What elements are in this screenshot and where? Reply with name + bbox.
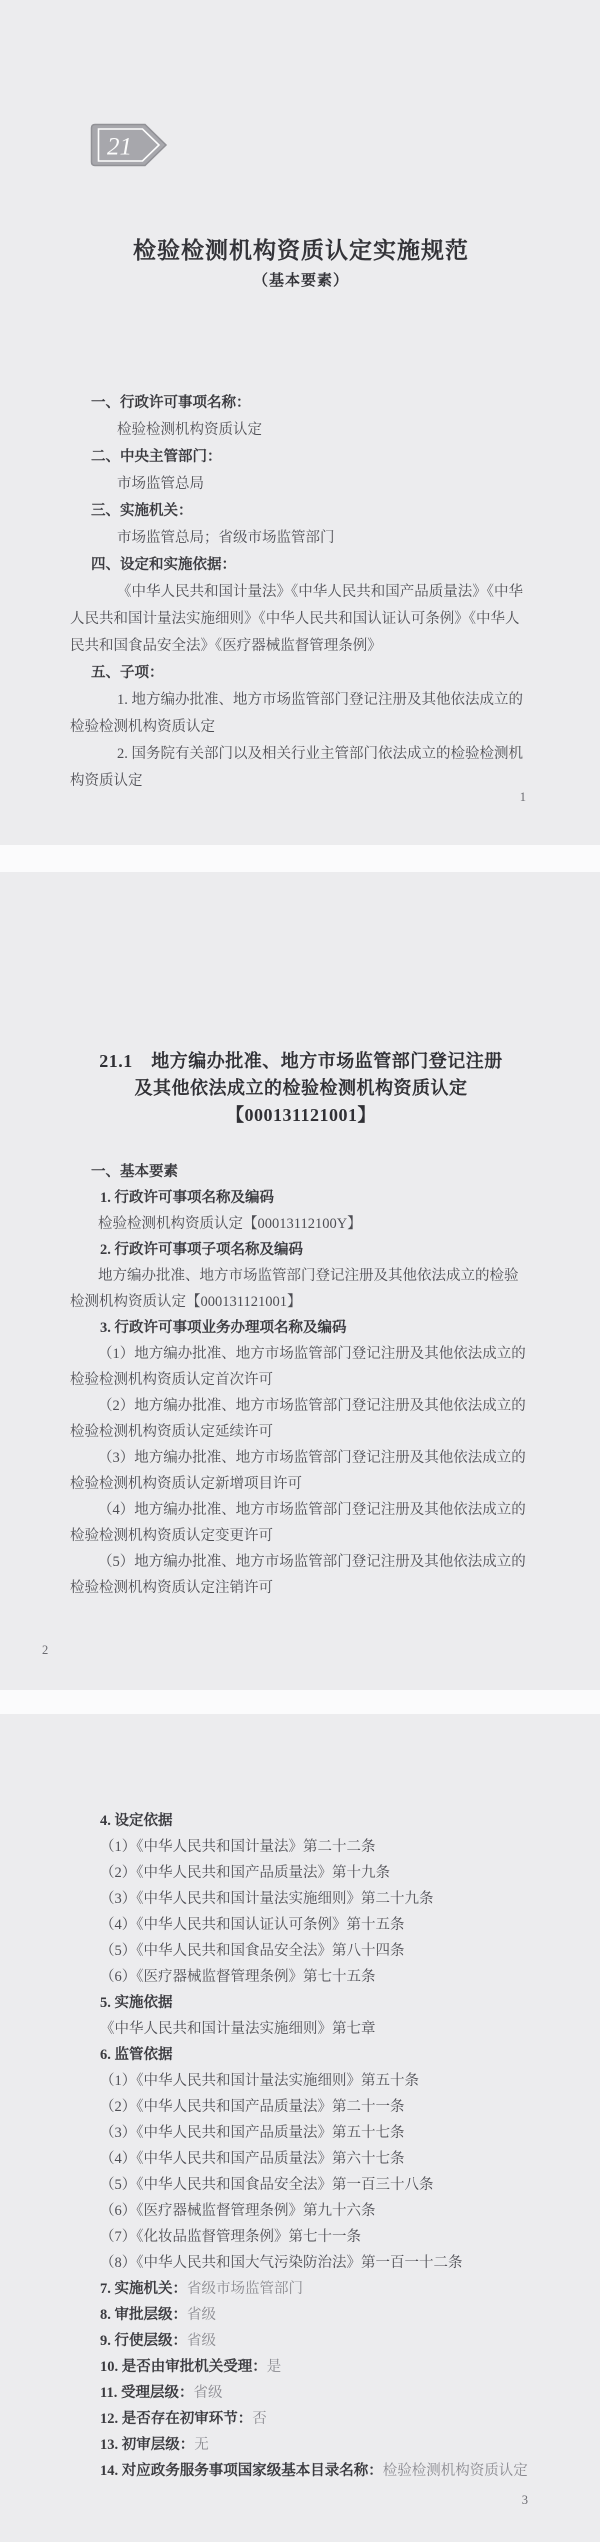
- list-item-label: 14. 对应政务服务事项国家级基本目录名称：: [100, 2463, 383, 2479]
- list-item-text: 《中华人民共和国计量法》《中华人民共和国产品质量法》《中华人民共和国计量法实施细…: [70, 584, 523, 654]
- list-item: （5）《中华人民共和国食品安全法》第八十四条: [100, 1938, 532, 1964]
- list-item-text: 2. 行政许可事项子项名称及编码: [100, 1242, 303, 1258]
- list-item-text: 《中华人民共和国计量法实施细则》第七章: [100, 2021, 376, 2037]
- list-item: 市场监管总局；省级市场监管部门: [70, 525, 532, 552]
- list-item-text: 1. 地方编办批准、地方市场监管部门登记注册及其他依法成立的检验检测机构资质认定: [70, 692, 523, 735]
- list-item-text: 3. 行政许可事项业务办理项名称及编码: [100, 1320, 347, 1336]
- list-item: 8. 审批层级：省级: [100, 2302, 532, 2328]
- list-item: （7）《化妆品监督管理条例》第七十一条: [100, 2224, 532, 2250]
- list-item: （3）《中华人民共和国产品质量法》第五十七条: [100, 2120, 532, 2146]
- list-item-text: 6. 监管依据: [100, 2047, 173, 2063]
- section-heading-text: 【000131121001】: [226, 1105, 376, 1125]
- list-item: （3）《中华人民共和国计量法实施细则》第二十九条: [100, 1886, 532, 1912]
- list-item: 地方编办批准、地方市场监管部门登记注册及其他依法成立的检验检测机构资质认定【00…: [70, 1263, 532, 1315]
- list-item-label: 12. 是否存在初审环节：: [100, 2411, 252, 2427]
- list-item-text: （4）《中华人民共和国认证认可条例》第十五条: [100, 1917, 405, 1933]
- list-item-text: 检验检测机构资质认定: [117, 422, 262, 438]
- list-item-label: 11. 受理层级：: [100, 2385, 193, 2401]
- section-heading-line: 【000131121001】: [70, 1102, 532, 1129]
- chapter-arrow-icon: 21: [90, 123, 168, 167]
- list-item-label: 8. 审批层级：: [100, 2307, 187, 2323]
- page2-item-list: 1. 行政许可事项名称及编码 检验检测机构资质认定【00013112100Y】 …: [70, 1185, 532, 1601]
- list-item: 9. 行使层级：省级: [100, 2328, 532, 2354]
- list-item-label: 7. 实施机关：: [100, 2281, 187, 2297]
- list-item: （1）《中华人民共和国计量法》第二十二条: [100, 1834, 532, 1860]
- page-1: 21 检验检测机构资质认定实施规范 （基本要素） 一、行政许可事项名称： 检验检…: [0, 0, 600, 845]
- list-item-text: 检验检测机构资质认定【00013112100Y】: [98, 1216, 362, 1232]
- list-item: 2. 国务院有关部门以及相关行业主管部门依法成立的检验检测机构资质认定: [70, 741, 532, 795]
- list-item-text: （5）《中华人民共和国食品安全法》第一百三十八条: [100, 2177, 434, 2193]
- list-item: 6. 监管依据: [100, 2042, 532, 2068]
- list-item-text: （5）《中华人民共和国食品安全法》第八十四条: [100, 1943, 405, 1959]
- chapter-number: 21: [107, 134, 132, 161]
- list-item-text: 地方编办批准、地方市场监管部门登记注册及其他依法成立的检验检测机构资质认定【00…: [70, 1268, 519, 1310]
- list-item-label: 9. 行使层级：: [100, 2333, 187, 2349]
- list-item: 4. 设定依据: [100, 1808, 532, 1834]
- section-heading-text: 及其他依法成立的检验检测机构资质认定: [135, 1078, 468, 1098]
- list-item-value: 省级: [193, 2385, 222, 2401]
- list-item: 11. 受理层级：省级: [100, 2380, 532, 2406]
- list-item: （5）《中华人民共和国食品安全法》第一百三十八条: [100, 2172, 532, 2198]
- list-item-text: （3）《中华人民共和国产品质量法》第五十七条: [100, 2125, 405, 2141]
- list-item: （4）《中华人民共和国认证认可条例》第十五条: [100, 1912, 532, 1938]
- list-item: 12. 是否存在初审环节：否: [100, 2406, 532, 2432]
- list-item-text: 5. 实施依据: [100, 1995, 173, 2011]
- list-item: （4）《中华人民共和国产品质量法》第六十七条: [100, 2146, 532, 2172]
- list-item: 13. 初审层级：无: [100, 2432, 532, 2458]
- document-title: 检验检测机构资质认定实施规范: [70, 236, 532, 266]
- page-number: 2: [42, 1643, 48, 1658]
- list-item: 五、子项：: [91, 660, 532, 687]
- list-item-value: 检验检测机构资质认定: [383, 2463, 528, 2479]
- page-number: 1: [520, 790, 526, 805]
- basic-elements-heading: 一、基本要素: [91, 1159, 532, 1185]
- list-item: 3. 行政许可事项业务办理项名称及编码: [100, 1315, 532, 1341]
- list-item: 三、实施机关：: [91, 498, 532, 525]
- list-item-value: 省级: [187, 2333, 216, 2349]
- list-item: （4）地方编办批准、地方市场监管部门登记注册及其他依法成立的检验检测机构资质认定…: [70, 1497, 532, 1549]
- list-item: 14. 对应政务服务事项国家级基本目录名称：检验检测机构资质认定: [100, 2458, 532, 2484]
- list-item-text: （6）《医疗器械监督管理条例》第九十六条: [100, 2203, 376, 2219]
- list-item: 二、中央主管部门：: [91, 444, 532, 471]
- list-item-value: 是: [267, 2359, 282, 2375]
- list-item: 《中华人民共和国计量法》《中华人民共和国产品质量法》《中华人民共和国计量法实施细…: [70, 579, 532, 660]
- list-item: 检验检测机构资质认定: [70, 417, 532, 444]
- list-item: （8）《中华人民共和国大气污染防治法》第一百一十二条: [100, 2250, 532, 2276]
- list-item-text: （2）《中华人民共和国产品质量法》第十九条: [100, 1865, 390, 1881]
- list-item: 5. 实施依据: [100, 1990, 532, 2016]
- list-item-text: 1. 行政许可事项名称及编码: [100, 1190, 274, 1206]
- document-canvas: 21 检验检测机构资质认定实施规范 （基本要素） 一、行政许可事项名称： 检验检…: [0, 0, 600, 2542]
- list-item-text: （3）地方编办批准、地方市场监管部门登记注册及其他依法成立的检验检测机构资质认定…: [70, 1450, 526, 1492]
- section-heading-line: 21.1 地方编办批准、地方市场监管部门登记注册: [70, 1048, 532, 1075]
- list-item-text: 4. 设定依据: [100, 1813, 173, 1829]
- list-item-text: 五、子项：: [91, 665, 164, 681]
- list-item-text: （1）《中华人民共和国计量法实施细则》第五十条: [100, 2073, 419, 2089]
- list-item-text: 市场监管总局；省级市场监管部门: [117, 530, 335, 546]
- list-item: （1）地方编办批准、地方市场监管部门登记注册及其他依法成立的检验检测机构资质认定…: [70, 1341, 532, 1393]
- list-item: 检验检测机构资质认定【00013112100Y】: [70, 1211, 532, 1237]
- list-item: 10. 是否由审批机关受理：是: [100, 2354, 532, 2380]
- list-item: （1）《中华人民共和国计量法实施细则》第五十条: [100, 2068, 532, 2094]
- list-item: （6）《医疗器械监督管理条例》第九十六条: [100, 2198, 532, 2224]
- page-2: 21.1 地方编办批准、地方市场监管部门登记注册 及其他依法成立的检验检测机构资…: [0, 872, 600, 1690]
- document-subtitle: （基本要素）: [70, 270, 532, 292]
- list-item: （5）地方编办批准、地方市场监管部门登记注册及其他依法成立的检验检测机构资质认定…: [70, 1549, 532, 1601]
- chapter-badge: 21: [90, 123, 168, 167]
- list-item-label: 13. 初审层级：: [100, 2437, 194, 2453]
- list-item: 市场监管总局: [70, 471, 532, 498]
- list-item: 《中华人民共和国计量法实施细则》第七章: [100, 2016, 532, 2042]
- list-item: （2）《中华人民共和国产品质量法》第二十一条: [100, 2094, 532, 2120]
- list-item-text: 三、实施机关：: [91, 503, 193, 519]
- list-item-text: （7）《化妆品监督管理条例》第七十一条: [100, 2229, 361, 2245]
- list-item: （3）地方编办批准、地方市场监管部门登记注册及其他依法成立的检验检测机构资质认定…: [70, 1445, 532, 1497]
- list-item: 1. 行政许可事项名称及编码: [100, 1185, 532, 1211]
- list-item: （2）地方编办批准、地方市场监管部门登记注册及其他依法成立的检验检测机构资质认定…: [70, 1393, 532, 1445]
- list-item-text: （4）地方编办批准、地方市场监管部门登记注册及其他依法成立的检验检测机构资质认定…: [70, 1502, 526, 1544]
- page1-item-list: 一、行政许可事项名称： 检验检测机构资质认定 二、中央主管部门： 市场监管总局 …: [70, 390, 532, 795]
- list-item-text: 二、中央主管部门：: [91, 449, 222, 465]
- list-item-text: （4）《中华人民共和国产品质量法》第六十七条: [100, 2151, 405, 2167]
- list-item-value: 否: [252, 2411, 267, 2427]
- list-item-text: （5）地方编办批准、地方市场监管部门登记注册及其他依法成立的检验检测机构资质认定…: [70, 1554, 526, 1596]
- list-item: 四、设定和实施依据：: [91, 552, 532, 579]
- list-item-value: 省级: [187, 2307, 216, 2323]
- page-number: 3: [522, 2493, 528, 2508]
- list-item-text: （8）《中华人民共和国大气污染防治法》第一百一十二条: [100, 2255, 463, 2271]
- list-item-text: （2）《中华人民共和国产品质量法》第二十一条: [100, 2099, 405, 2115]
- list-item-value: 无: [194, 2437, 209, 2453]
- list-item: 7. 实施机关：省级市场监管部门: [100, 2276, 532, 2302]
- list-item-text: （1）地方编办批准、地方市场监管部门登记注册及其他依法成立的检验检测机构资质认定…: [70, 1346, 526, 1388]
- page3-item-list: 4. 设定依据 （1）《中华人民共和国计量法》第二十二条 （2）《中华人民共和国…: [70, 1808, 532, 2484]
- section-heading: 21.1 地方编办批准、地方市场监管部门登记注册 及其他依法成立的检验检测机构资…: [70, 1048, 532, 1129]
- list-item: 2. 行政许可事项子项名称及编码: [100, 1237, 532, 1263]
- list-item-text: 2. 国务院有关部门以及相关行业主管部门依法成立的检验检测机构资质认定: [70, 746, 523, 789]
- list-item-text: （2）地方编办批准、地方市场监管部门登记注册及其他依法成立的检验检测机构资质认定…: [70, 1398, 526, 1440]
- list-item-text: 一、行政许可事项名称：: [91, 395, 251, 411]
- section-heading-line: 及其他依法成立的检验检测机构资质认定: [70, 1075, 532, 1102]
- list-item-label: 10. 是否由审批机关受理：: [100, 2359, 267, 2375]
- list-item: （2）《中华人民共和国产品质量法》第十九条: [100, 1860, 532, 1886]
- page-3: 4. 设定依据 （1）《中华人民共和国计量法》第二十二条 （2）《中华人民共和国…: [0, 1714, 600, 2542]
- list-item-text: 四、设定和实施依据：: [91, 557, 236, 573]
- list-item-text: （1）《中华人民共和国计量法》第二十二条: [100, 1839, 376, 1855]
- list-item: 1. 地方编办批准、地方市场监管部门登记注册及其他依法成立的检验检测机构资质认定: [70, 687, 532, 741]
- list-item: （6）《医疗器械监督管理条例》第七十五条: [100, 1964, 532, 1990]
- list-item: 一、行政许可事项名称：: [91, 390, 532, 417]
- list-item-text: （3）《中华人民共和国计量法实施细则》第二十九条: [100, 1891, 434, 1907]
- section-heading-text: 21.1 地方编办批准、地方市场监管部门登记注册: [99, 1051, 503, 1071]
- list-item-value: 省级市场监管部门: [187, 2281, 303, 2297]
- list-item-text: （6）《医疗器械监督管理条例》第七十五条: [100, 1969, 376, 1985]
- list-item-text: 市场监管总局: [117, 476, 204, 492]
